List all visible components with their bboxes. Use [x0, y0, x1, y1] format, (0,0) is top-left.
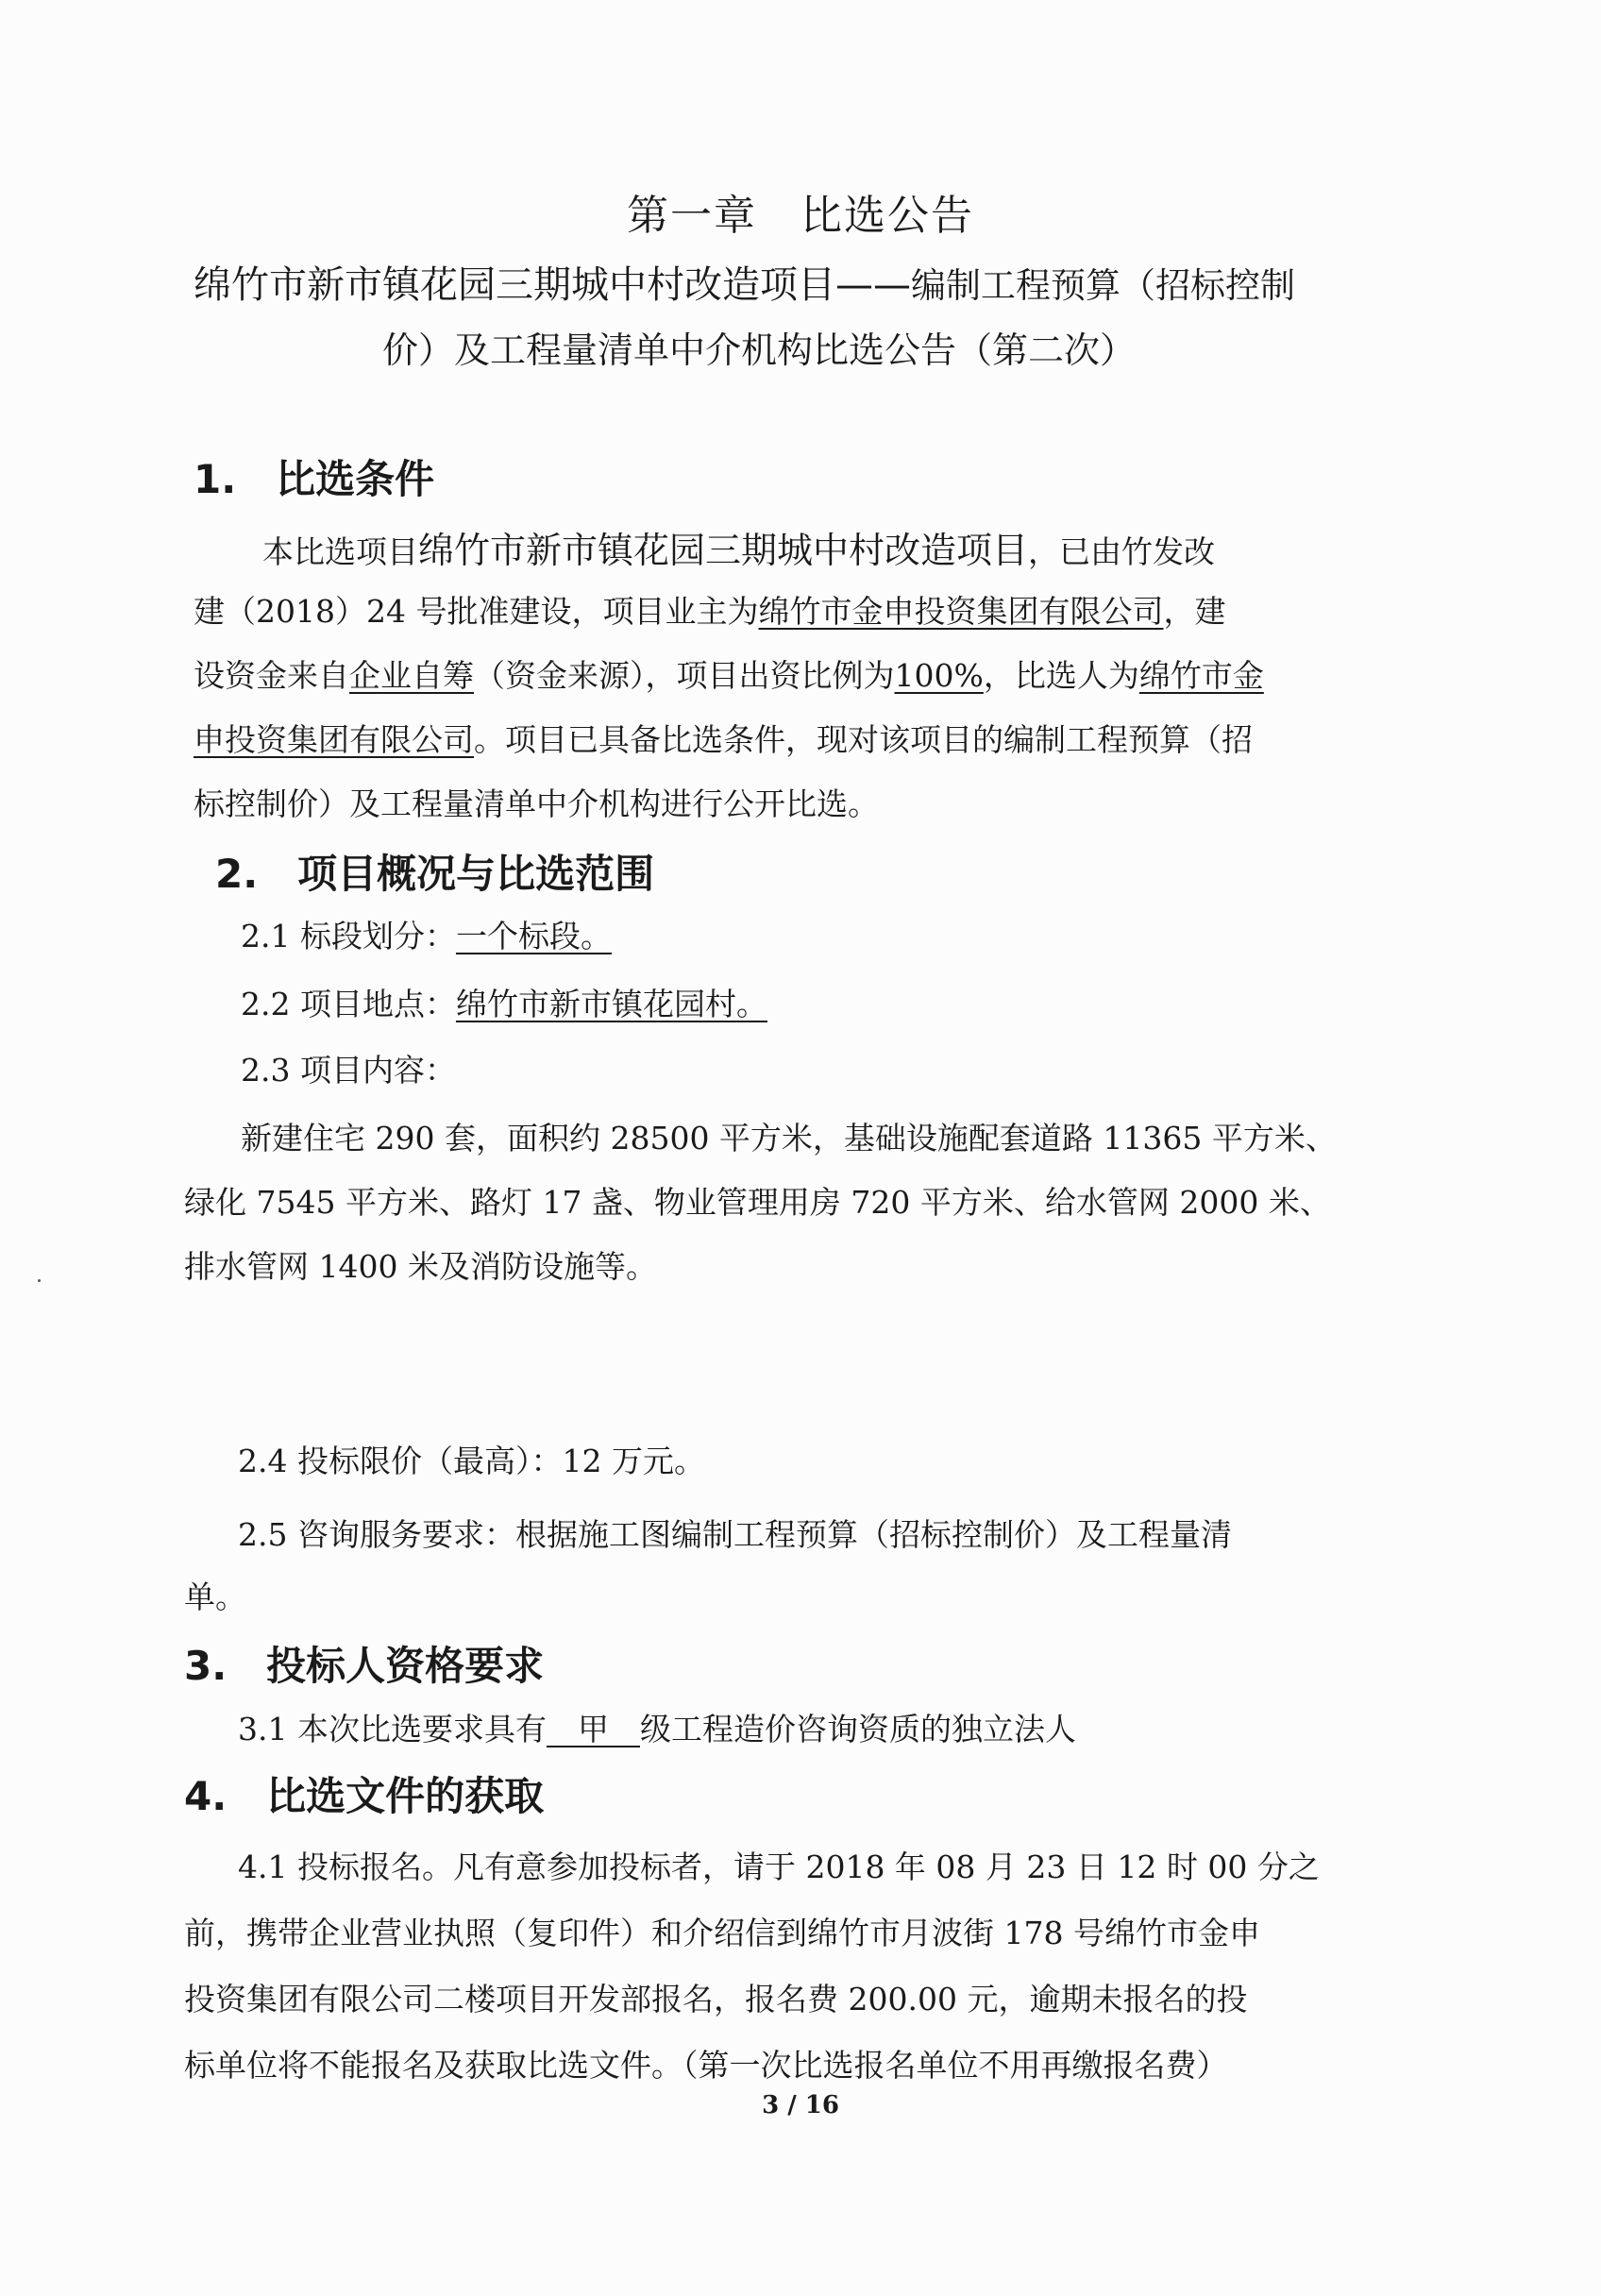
item-2-5-line-1: 2.5 咨询服务要求：根据施工图编制工程预算（招标控制价）及工程量清: [238, 1511, 1232, 1555]
label: 2.1 标段划分：: [241, 918, 456, 954]
item-4-1-line-1: 4.1 投标报名。凡有意参加投标者，请于 2018 年 08 月 23 日 12…: [238, 1843, 1320, 1887]
qualification-grade: 甲: [547, 1711, 640, 1747]
subtitle-scope: 编制工程预算（招标控制: [911, 265, 1295, 306]
value: 绵竹市新市镇花园村。: [456, 986, 767, 1022]
text: （资金来源），项目出资比例为: [474, 657, 895, 694]
chapter-title: 第一章 比选公告: [0, 181, 1601, 242]
funding-ratio: 100%: [895, 657, 984, 694]
item-4-1-line-3: 投资集团有限公司二楼项目开发部报名，报名费 200.00 元，逾期未报名的投: [184, 1975, 1247, 2019]
item-2-2: 2.2 项目地点：绵竹市新市镇花园村。: [241, 980, 767, 1024]
text: 本比选项目: [262, 533, 418, 570]
funding-source: 企业自筹: [349, 657, 474, 694]
owner-name: 绵竹市金申投资集团有限公司: [758, 593, 1163, 630]
item-2-5-line-2: 单。: [184, 1573, 246, 1617]
s1-para-line-2: 建（2018）24 号批准建设，项目业主为绵竹市金申投资集团有限公司，建: [194, 587, 1225, 632]
subtitle-line-2: 价）及工程量清单中介机构比选公告（第二次）: [382, 321, 1136, 373]
subtitle-line-1: 绵竹市新市镇花园三期城中村改造项目——编制工程预算（招标控制: [194, 255, 1295, 309]
project-name: 绵竹市新市镇花园三期城中村改造项目: [418, 530, 1028, 571]
s1-para-line-1: 本比选项目绵竹市新市镇花园三期城中村改造项目，已由竹发改: [262, 521, 1215, 573]
item-2-3-line-2: 绿化 7545 平方米、路灯 17 盏、物业管理用房 720 平方米、给水管网 …: [184, 1178, 1331, 1223]
text: 设资金来自: [194, 657, 349, 694]
label: 2.2 项目地点：: [241, 986, 456, 1022]
section-2-heading: 2. 项目概况与比选范围: [215, 843, 654, 900]
s1-para-line-3: 设资金来自企业自筹（资金来源），项目出资比例为100%，比选人为绵竹市金: [194, 651, 1264, 696]
item-2-3-line-1: 新建住宅 290 套，面积约 28500 平方米，基础设施配套道路 11365 …: [241, 1114, 1337, 1158]
item-2-3-label: 2.3 项目内容：: [241, 1046, 456, 1090]
s1-para-line-4: 申投资集团有限公司。项目已具备比选条件，现对该项目的编制工程预算（招: [194, 716, 1253, 760]
selector-name-part1: 绵竹市金: [1139, 657, 1264, 694]
selector-name-part2: 申投资集团有限公司: [194, 721, 474, 758]
page-number: 3 / 16: [0, 2091, 1601, 2119]
section-4-heading: 4. 比选文件的获取: [184, 1765, 544, 1822]
text: ，比选人为: [984, 657, 1139, 694]
text: ，已由竹发改: [1028, 533, 1215, 570]
item-3-1: 3.1 本次比选要求具有 甲 级工程造价咨询资质的独立法人: [238, 1705, 1076, 1749]
item-2-1: 2.1 标段划分：一个标段。: [241, 912, 612, 956]
subtitle-project-name: 绵竹市新市镇花园三期城中村改造项目——: [194, 263, 911, 307]
text: 。项目已具备比选条件，现对该项目的编制工程预算（招: [474, 721, 1253, 758]
item-4-1-line-2: 前，携带企业营业执照（复印件）和介绍信到绵竹市月波街 178 号绵竹市金申: [184, 1909, 1260, 1953]
text: 级工程造价咨询资质的独立法人: [640, 1711, 1076, 1747]
value: 一个标段。: [456, 918, 612, 954]
section-1-heading: 1. 比选条件: [194, 448, 434, 505]
text: ，建: [1163, 593, 1225, 630]
item-2-4: 2.4 投标限价（最高）：12 万元。: [238, 1437, 705, 1481]
text: 建（2018）24 号批准建设，项目业主为: [194, 593, 758, 630]
section-3-heading: 3. 投标人资格要求: [184, 1635, 544, 1692]
scan-speck: [38, 1279, 41, 1282]
item-4-1-line-4: 标单位将不能报名及获取比选文件。（第一次比选报名单位不用再缴报名费）: [184, 2041, 1228, 2085]
s1-para-line-5: 标控制价）及工程量清单中介机构进行公开比选。: [194, 780, 879, 824]
item-2-3-line-3: 排水管网 1400 米及消防设施等。: [184, 1242, 657, 1287]
text: 3.1 本次比选要求具有: [238, 1711, 547, 1747]
